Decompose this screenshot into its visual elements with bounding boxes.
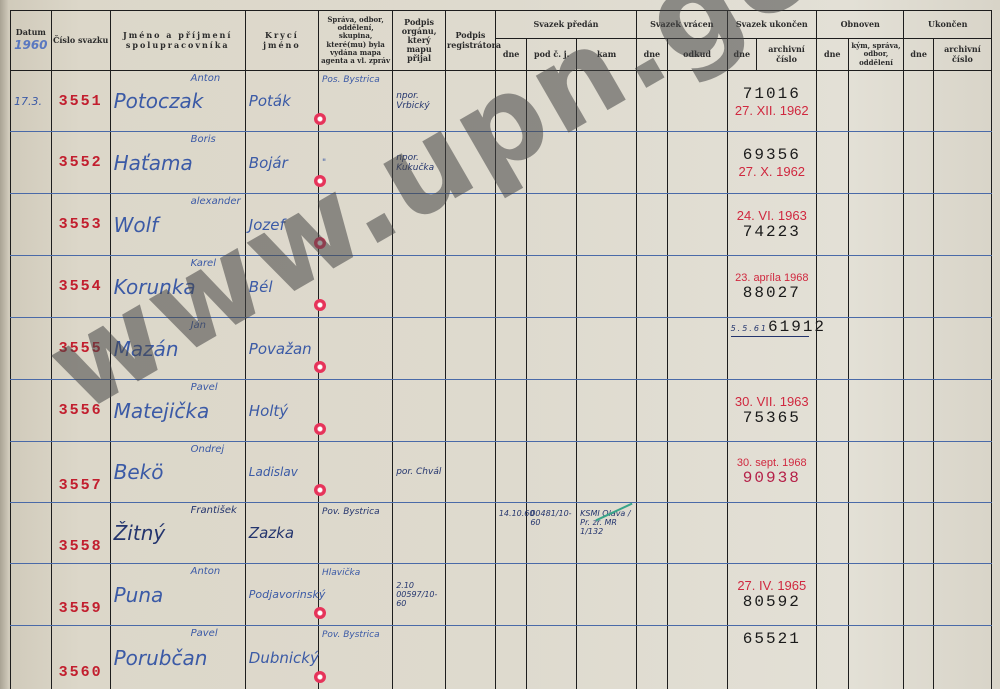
col-predan-kam: kam xyxy=(577,39,637,71)
registrar-signature xyxy=(446,503,496,564)
col-group-svazek-ukoncen: Svazek ukončen xyxy=(727,11,816,39)
first-name: Anton xyxy=(191,566,221,577)
volume-number: 3556 xyxy=(51,380,110,442)
volume-number: 3559 xyxy=(51,564,110,626)
date-cell xyxy=(11,132,52,194)
volume-number: 3554 xyxy=(51,256,110,318)
officer-signature xyxy=(393,380,446,442)
date-cell xyxy=(11,442,52,503)
page-edge xyxy=(0,0,8,689)
officer-signature xyxy=(393,256,446,318)
department-cell xyxy=(318,380,392,442)
table-row: 3555 JánMazán Považan 5.5.6161912 xyxy=(11,318,992,380)
cover-name: Podjavorinský xyxy=(245,564,318,626)
date-cell xyxy=(11,626,52,689)
col-group-svazek-vracen: Svazek vrácen xyxy=(637,11,727,39)
department-cell: " xyxy=(318,132,392,194)
name-cell: JánMazán xyxy=(110,318,245,380)
closed-date-stamp: 23. apríla 1968 xyxy=(731,272,813,284)
surname: Potoczak xyxy=(114,89,204,113)
surname: Bekö xyxy=(114,460,164,484)
department-cell: Pov. Bystrica xyxy=(318,626,392,689)
surname: Žitný xyxy=(114,521,166,545)
archive-number: 90938 xyxy=(731,469,813,487)
name-cell: AntonPuna xyxy=(110,564,245,626)
closed-cell: 6935627. X. 1962 xyxy=(727,132,816,194)
volume-number: 3555 xyxy=(51,318,110,380)
officer-signature: npor. Kukučka xyxy=(393,132,446,194)
name-cell: FrantišekŽitný xyxy=(110,503,245,564)
surname: Wolf xyxy=(114,213,159,237)
cover-name: Považan xyxy=(245,318,318,380)
table-row: 3553 alexanderWolf Jozef 24. VI. 1963742… xyxy=(11,194,992,256)
date-cell xyxy=(11,256,52,318)
col-ukoncen-archivni: archivní číslo xyxy=(757,39,817,71)
department-cell xyxy=(318,318,392,380)
col-sprava: Správa, odbor, oddělení, skupina, které(… xyxy=(318,11,392,71)
registrar-signature xyxy=(446,194,496,256)
col-datum: Datum1960 xyxy=(11,11,52,71)
volume-number: 3557 xyxy=(51,442,110,503)
name-cell: AntonPotoczak xyxy=(110,71,245,132)
surname: Puna xyxy=(114,583,164,607)
surname: Haťama xyxy=(114,151,193,175)
department-cell: Hlavička xyxy=(318,564,392,626)
first-name: Karel xyxy=(191,258,216,269)
col-final-archivni: archivní číslo xyxy=(933,39,991,71)
first-name: Pavel xyxy=(191,382,218,393)
registrar-signature xyxy=(446,318,496,380)
cover-name: Dubnický xyxy=(245,626,318,689)
registrar-signature xyxy=(446,442,496,503)
first-name: Pavel xyxy=(191,628,218,639)
closed-cell: 5.5.6161912 xyxy=(727,318,816,380)
officer-signature xyxy=(393,503,446,564)
col-final-dne: dne xyxy=(904,39,933,71)
closed-date-stamp: 27. XII. 1962 xyxy=(731,103,813,118)
date-cell xyxy=(11,564,52,626)
col-podpis-organu: Podpis orgánu, který mapu přijal xyxy=(393,11,446,71)
closed-cell: 7101627. XII. 1962 xyxy=(727,71,816,132)
table-row: 3552 BorisHaťama Bojár " npor. Kukučka 6… xyxy=(11,132,992,194)
table-row: 17.3. 3551 AntonPotoczak Poták Pos. Byst… xyxy=(11,71,992,132)
volume-number: 3552 xyxy=(51,132,110,194)
cover-name: Jozef xyxy=(245,194,318,256)
surname: Matejička xyxy=(114,399,210,423)
table-row: 3558 FrantišekŽitný Zazka Pov. Bystrica … xyxy=(11,503,992,564)
registrar-signature xyxy=(446,380,496,442)
first-name: alexander xyxy=(191,196,241,207)
closed-date-stamp: 30. VII. 1963 xyxy=(731,394,813,409)
first-name: Ondrej xyxy=(191,444,225,455)
name-cell: KarelKorunka xyxy=(110,256,245,318)
archive-number: 71016 xyxy=(731,85,813,103)
closed-date-stamp: 30. sept. 1968 xyxy=(731,457,813,469)
col-group-svazek-predan: Svazek předán xyxy=(495,11,636,39)
registrar-signature xyxy=(446,71,496,132)
surname: Porubčan xyxy=(114,646,208,670)
officer-signature: 2.10 00597/10-60 xyxy=(393,564,446,626)
officer-signature: npor. Vrbický xyxy=(393,71,446,132)
closed-cell xyxy=(727,503,816,564)
first-name: František xyxy=(191,505,237,516)
department-cell: Pos. Bystrica xyxy=(318,71,392,132)
name-cell: BorisHaťama xyxy=(110,132,245,194)
col-group-obnoven: Obnoven xyxy=(817,11,904,39)
name-cell: alexanderWolf xyxy=(110,194,245,256)
registrar-signature xyxy=(446,132,496,194)
volume-number: 3558 xyxy=(51,503,110,564)
header-year: 1960 xyxy=(12,39,50,53)
date-cell xyxy=(11,318,52,380)
closed-cell: 30. sept. 196890938 xyxy=(727,442,816,503)
closed-cell: 24. VI. 196374223 xyxy=(727,194,816,256)
department-cell xyxy=(318,194,392,256)
closed-cell: 27. IV. 196580592 xyxy=(727,564,816,626)
cover-name: Bél xyxy=(245,256,318,318)
col-podpis-registratora: Podpis registrátora xyxy=(446,11,496,71)
date-cell xyxy=(11,380,52,442)
volume-number: 3553 xyxy=(51,194,110,256)
registrar-signature xyxy=(446,564,496,626)
closed-date-stamp: 24. VI. 1963 xyxy=(731,208,813,223)
handed-ref-number: 00481/10-60 xyxy=(527,503,577,564)
surname: Mazán xyxy=(114,337,179,361)
col-kryci-jmeno: Krycí jméno xyxy=(245,11,318,71)
closed-date-stamp: 27. X. 1962 xyxy=(731,164,813,179)
col-vracen-odkud: odkud xyxy=(667,39,727,71)
closed-cell: 65521 xyxy=(727,626,816,689)
archive-prefix: 5.5.61 xyxy=(731,324,768,333)
name-cell: PavelPorubčan xyxy=(110,626,245,689)
first-name: Boris xyxy=(191,134,216,145)
table-row: 3557 OndrejBekö Ladislav por. Chvál 30. … xyxy=(11,442,992,503)
name-cell: OndrejBekö xyxy=(110,442,245,503)
archive-number: 75365 xyxy=(731,409,813,427)
closed-date-stamp: 27. IV. 1965 xyxy=(731,578,813,593)
archive-number: 5.5.6161912 xyxy=(731,318,809,337)
col-obnoven-kym: kým, správa, odbor, oddělení xyxy=(848,39,904,71)
first-name: Ján xyxy=(191,320,206,331)
cover-name: Holtý xyxy=(245,380,318,442)
date-cell: 17.3. xyxy=(11,71,52,132)
registrar-signature xyxy=(446,626,496,689)
col-vracen-dne: dne xyxy=(637,39,667,71)
name-cell: PavelMatejička xyxy=(110,380,245,442)
col-cislo-svazku: Číslo svazku xyxy=(51,11,110,71)
department-cell xyxy=(318,442,392,503)
officer-signature xyxy=(393,318,446,380)
col-group-ukoncen: Ukončen xyxy=(904,11,992,39)
officer-signature xyxy=(393,626,446,689)
col-ukoncen-dne: dne xyxy=(727,39,756,71)
handed-date: 14.10.60 xyxy=(495,503,527,564)
officer-signature xyxy=(393,194,446,256)
cover-name: Bojár xyxy=(245,132,318,194)
cover-name: Poták xyxy=(245,71,318,132)
volume-number: 3551 xyxy=(51,71,110,132)
col-jmeno: Jméno a příjmení spolupracovníka xyxy=(110,11,245,71)
archive-number: 88027 xyxy=(731,284,813,302)
handed-destination: KSMI Olava / Pr. zr. MR 1/132 xyxy=(577,503,637,564)
cover-name: Ladislav xyxy=(245,442,318,503)
department-cell xyxy=(318,256,392,318)
volume-number: 3560 xyxy=(51,626,110,689)
archive-number: 74223 xyxy=(731,223,813,241)
archive-number: 65521 xyxy=(731,630,813,648)
col-predan-cj: pod č. j. xyxy=(527,39,577,71)
first-name: Anton xyxy=(191,73,221,84)
col-obnoven-dne: dne xyxy=(817,39,849,71)
archive-number: 69356 xyxy=(731,146,813,164)
table-row: 3560 PavelPorubčan Dubnický Pov. Bystric… xyxy=(11,626,992,689)
date-cell xyxy=(11,194,52,256)
table-row: 3554 KarelKorunka Bél 23. apríla 1968880… xyxy=(11,256,992,318)
officer-signature: por. Chvál xyxy=(393,442,446,503)
archive-number: 80592 xyxy=(731,593,813,611)
table-row: 3559 AntonPuna Podjavorinský Hlavička 2.… xyxy=(11,564,992,626)
closed-cell: 30. VII. 196375365 xyxy=(727,380,816,442)
surname: Korunka xyxy=(114,275,196,299)
department-cell: Pov. Bystrica xyxy=(318,503,392,564)
registry-ledger-table: Datum1960 Číslo svazku Jméno a příjmení … xyxy=(10,10,992,689)
cover-name: Zazka xyxy=(245,503,318,564)
date-cell xyxy=(11,503,52,564)
registrar-signature xyxy=(446,256,496,318)
closed-cell: 23. apríla 196888027 xyxy=(727,256,816,318)
table-row: 3556 PavelMatejička Holtý 30. VII. 19637… xyxy=(11,380,992,442)
